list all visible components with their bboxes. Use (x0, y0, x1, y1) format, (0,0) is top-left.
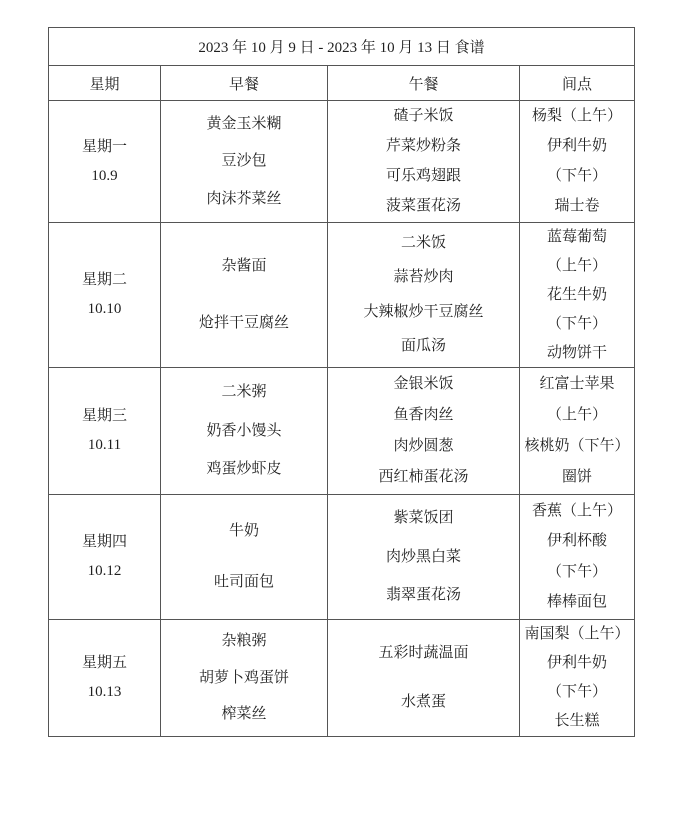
snack-item: 圈饼 (562, 463, 592, 492)
breakfast-cell: 杂粮粥 胡萝卜鸡蛋饼 榨菜丝 (161, 620, 327, 736)
lunch-item: 鱼香肉丝 (393, 401, 453, 430)
column-header-breakfast: 早餐 (161, 66, 327, 100)
header-row: 星期 早餐 午餐 间点 (49, 66, 635, 101)
weekday-label: 星期二 (82, 266, 127, 295)
snack-item: 动物饼干 (547, 339, 607, 368)
breakfast-item: 杂粮粥 (221, 627, 266, 656)
column-header-weekday: 星期 (49, 66, 160, 100)
lunch-item: 面瓜汤 (401, 332, 446, 361)
snack-cell: 杨梨（上午） 伊利牛奶 （下午） 瑞士卷 (520, 101, 634, 222)
breakfast-item: 炝拌干豆腐丝 (199, 309, 289, 338)
weekday-label: 星期三 (82, 402, 127, 431)
snack-item: （下午） (547, 310, 607, 339)
table-row-thursday: 星期四 10.12 牛奶 吐司面包 紫菜饭团 肉炒黑白菜 翡翠蛋花汤 (49, 495, 635, 620)
lunch-item: 可乐鸡翅跟 (386, 162, 461, 191)
breakfast-item: 鸡蛋炒虾皮 (206, 455, 281, 484)
column-header-lunch: 午餐 (328, 66, 519, 100)
lunch-cell: 紫菜饭团 肉炒黑白菜 翡翠蛋花汤 (328, 495, 519, 619)
column-header-snack: 间点 (520, 66, 634, 100)
breakfast-item: 杂酱面 (221, 252, 266, 281)
snack-item: （上午） (547, 401, 607, 430)
snack-cell: 香蕉（上午） 伊利杯酸 （下午） 棒棒面包 (520, 495, 634, 619)
lunch-cell: 金银米饭 鱼香肉丝 肉炒圆葱 西红柿蛋花汤 (328, 368, 519, 494)
lunch-item: 菠菜蛋花汤 (386, 192, 461, 221)
breakfast-cell: 牛奶 吐司面包 (161, 495, 327, 619)
lunch-item: 翡翠蛋花汤 (386, 581, 461, 610)
breakfast-cell: 二米粥 奶香小馒头 鸡蛋炒虾皮 (161, 368, 327, 494)
table-row-tuesday: 星期二 10.10 杂酱面 炝拌干豆腐丝 二米饭 蒜苔炒肉 大辣椒炒干豆腐丝 面… (49, 223, 635, 368)
breakfast-cell: 杂酱面 炝拌干豆腐丝 (161, 223, 327, 367)
snack-item: 瑞士卷 (554, 192, 599, 221)
table-title: 2023 年 10 月 9 日 - 2023 年 10 月 13 日 食谱 (49, 28, 634, 65)
snack-item: 棒棒面包 (547, 588, 607, 617)
lunch-item: 五彩时蔬温面 (378, 639, 468, 668)
breakfast-item: 豆沙包 (221, 147, 266, 176)
breakfast-item: 牛奶 (229, 517, 259, 546)
snack-item: 香蕉（上午） (532, 497, 622, 526)
breakfast-item: 吐司面包 (214, 568, 274, 597)
day-cell: 星期二 10.10 (49, 223, 160, 367)
breakfast-item: 肉沫芥菜丝 (206, 185, 281, 214)
lunch-item: 紫菜饭团 (393, 504, 453, 533)
snack-cell: 蓝莓葡萄 （上午） 花生牛奶 （下午） 动物饼干 (520, 223, 634, 367)
lunch-cell: 二米饭 蒜苔炒肉 大辣椒炒干豆腐丝 面瓜汤 (328, 223, 519, 367)
snack-item: 伊利杯酸 (547, 527, 607, 556)
lunch-item: 肉炒圆葱 (393, 432, 453, 461)
lunch-item: 蒜苔炒肉 (393, 263, 453, 292)
snack-cell: 红富士苹果 （上午） 核桃奶（下午） 圈饼 (520, 368, 634, 494)
date-label: 10.11 (88, 431, 121, 460)
date-label: 10.13 (88, 678, 122, 707)
breakfast-item: 胡萝卜鸡蛋饼 (199, 664, 289, 693)
lunch-item: 肉炒黑白菜 (386, 543, 461, 572)
lunch-item: 金银米饭 (393, 370, 453, 399)
date-label: 10.9 (91, 162, 117, 191)
day-cell: 星期五 10.13 (49, 620, 160, 736)
date-label: 10.10 (88, 295, 122, 324)
table-row-wednesday: 星期三 10.11 二米粥 奶香小馒头 鸡蛋炒虾皮 金银米饭 鱼香肉丝 肉炒圆葱… (49, 368, 635, 495)
lunch-cell: 五彩时蔬温面 水煮蛋 (328, 620, 519, 736)
snack-item: 红富士苹果 (539, 370, 614, 399)
breakfast-item: 二米粥 (221, 378, 266, 407)
snack-item: （上午） (547, 252, 607, 281)
snack-item: 南国梨（上午） (524, 620, 629, 649)
snack-item: 核桃奶（下午） (524, 432, 629, 461)
snack-item: 伊利牛奶 (547, 649, 607, 678)
weekday-label: 星期四 (82, 528, 127, 557)
lunch-item: 大辣椒炒干豆腐丝 (363, 298, 483, 327)
day-cell: 星期三 10.11 (49, 368, 160, 494)
snack-item: 杨梨（上午） (532, 102, 622, 131)
lunch-item: 二米饭 (401, 229, 446, 258)
weekday-label: 星期一 (82, 133, 127, 162)
snack-cell: 南国梨（上午） 伊利牛奶 （下午） 长生糕 (520, 620, 634, 736)
snack-item: 伊利牛奶 (547, 132, 607, 161)
lunch-item: 芹菜炒粉条 (386, 132, 461, 161)
snack-item: （下午） (547, 558, 607, 587)
lunch-item: 水煮蛋 (401, 688, 446, 717)
snack-item: 长生糕 (554, 707, 599, 736)
lunch-cell: 碴子米饭 芹菜炒粉条 可乐鸡翅跟 菠菜蛋花汤 (328, 101, 519, 222)
breakfast-item: 奶香小馒头 (206, 417, 281, 446)
table-row-friday: 星期五 10.13 杂粮粥 胡萝卜鸡蛋饼 榨菜丝 五彩时蔬温面 水煮蛋 (49, 620, 635, 737)
weekly-menu-table: 2023 年 10 月 9 日 - 2023 年 10 月 13 日 食谱 星期… (48, 27, 635, 737)
weekday-label: 星期五 (82, 649, 127, 678)
table-row-monday: 星期一 10.9 黄金玉米糊 豆沙包 肉沫芥菜丝 碴子米饭 芹菜炒粉条 可乐鸡翅… (49, 101, 635, 223)
title-row: 2023 年 10 月 9 日 - 2023 年 10 月 13 日 食谱 (49, 28, 635, 66)
snack-item: 花生牛奶 (547, 281, 607, 310)
breakfast-item: 黄金玉米糊 (206, 110, 281, 139)
day-cell: 星期四 10.12 (49, 495, 160, 619)
snack-item: （下午） (547, 678, 607, 707)
snack-item: 蓝莓葡萄 (547, 223, 607, 252)
lunch-item: 碴子米饭 (393, 102, 453, 131)
date-label: 10.12 (88, 557, 122, 586)
breakfast-cell: 黄金玉米糊 豆沙包 肉沫芥菜丝 (161, 101, 327, 222)
snack-item: （下午） (547, 162, 607, 191)
breakfast-item: 榨菜丝 (221, 700, 266, 729)
lunch-item: 西红柿蛋花汤 (378, 463, 468, 492)
day-cell: 星期一 10.9 (49, 101, 160, 222)
document-page: 2023 年 10 月 9 日 - 2023 年 10 月 13 日 食谱 星期… (0, 0, 700, 840)
